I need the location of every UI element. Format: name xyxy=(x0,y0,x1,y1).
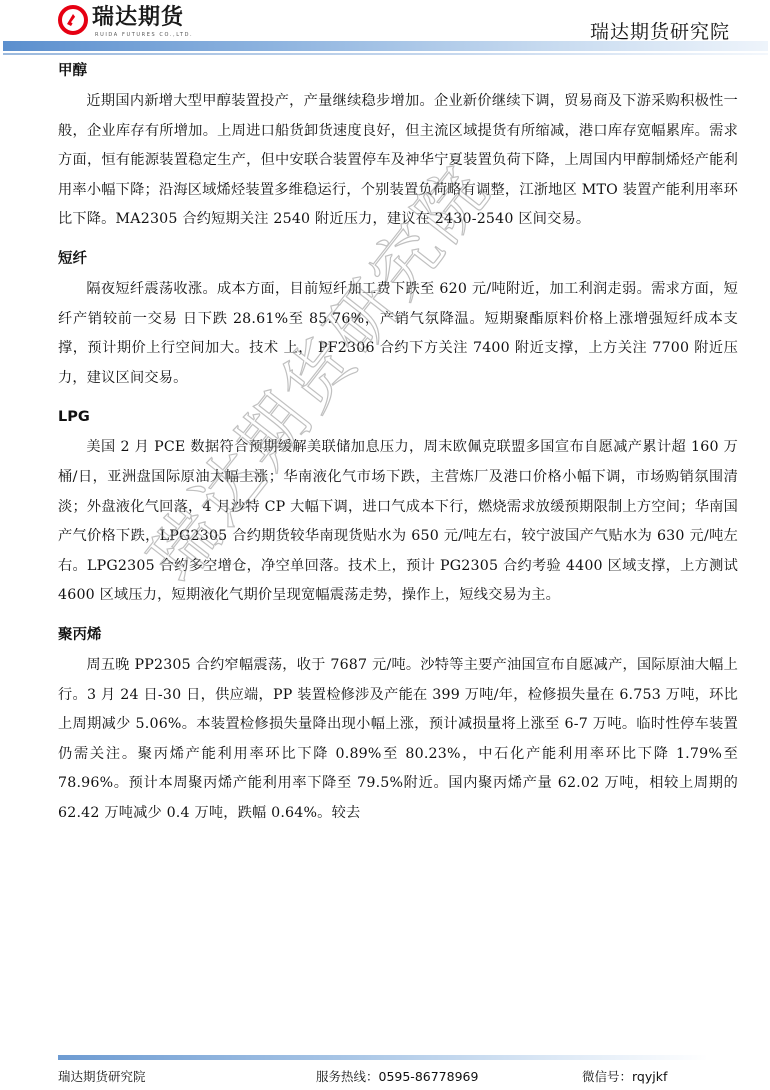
logo-text-cn: 瑞达期货 xyxy=(92,5,184,31)
section-paragraph: 近期国内新增大型甲醇装置投产，产量继续稳步增加。企业新价继续下调，贸易商及下游采… xyxy=(58,87,738,235)
section-title: LPG xyxy=(58,407,738,427)
section-paragraph: 隔夜短纤震荡收涨。成本方面，目前短纤加工费下跌至 620 元/吨附近，加工利润走… xyxy=(58,275,738,393)
footer-divider-bar xyxy=(58,1055,708,1060)
section-polypropylene: 聚丙烯 周五晚 PP2305 合约窄幅震荡，收于 7687 元/吨。沙特等主要产… xyxy=(58,625,738,829)
section-lpg: LPG 美国 2 月 PCE 数据符合预期缓解美联储加息压力，周末欧佩克联盟多国… xyxy=(58,407,738,611)
section-title: 聚丙烯 xyxy=(58,625,738,645)
section-staple-fiber: 短纤 隔夜短纤震荡收涨。成本方面，目前短纤加工费下跌至 620 元/吨附近，加工… xyxy=(58,249,738,393)
ruida-logo-icon xyxy=(58,5,88,35)
section-paragraph: 美国 2 月 PCE 数据符合预期缓解美联储加息压力，周末欧佩克联盟多国宣布自愿… xyxy=(58,433,738,611)
section-title: 短纤 xyxy=(58,249,738,269)
header-divider-bar xyxy=(3,41,768,51)
header-title: 瑞达期货研究院 xyxy=(590,17,730,44)
section-paragraph: 周五晚 PP2305 合约窄幅震荡，收于 7687 元/吨。沙特等主要产油国宣布… xyxy=(58,651,738,829)
header-divider-line xyxy=(3,53,768,55)
footer-org: 瑞达期货研究院 xyxy=(58,1067,146,1085)
footer-wechat: 微信号：rqyjkf xyxy=(582,1067,667,1085)
logo-text-en: RUIDA FUTURES CO.,LTD. xyxy=(95,32,193,38)
report-body: 甲醇 近期国内新增大型甲醇装置投产，产量继续稳步增加。企业新价继续下调，贸易商及… xyxy=(58,58,738,842)
page-header: 瑞达期货 RUIDA FUTURES CO.,LTD. 瑞达期货研究院 xyxy=(0,0,770,56)
section-title: 甲醇 xyxy=(58,61,738,81)
footer-hotline: 服务热线：0595-86778969 xyxy=(316,1067,478,1085)
company-logo: 瑞达期货 RUIDA FUTURES CO.,LTD. xyxy=(58,4,208,40)
section-methanol: 甲醇 近期国内新增大型甲醇装置投产，产量继续稳步增加。企业新价继续下调，贸易商及… xyxy=(58,61,738,235)
